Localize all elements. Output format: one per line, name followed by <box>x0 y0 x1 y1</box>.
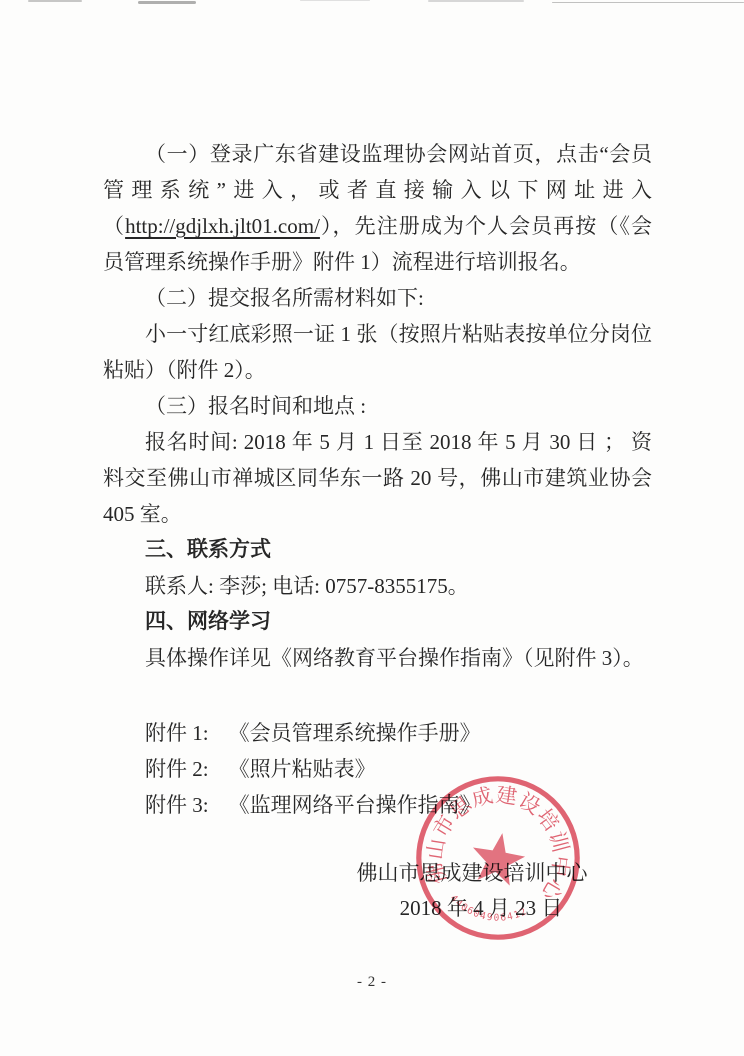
attachment-label: 附件 3: <box>145 787 209 823</box>
paragraph-photo-requirement: 小一寸红底彩照一证 1 张（按照片粘贴表按单位分岗位粘贴）（附件 2）。 <box>103 316 652 388</box>
paragraph-online-learning: 具体操作详见《网络教育平台操作指南》（见附件 3）。 <box>103 640 652 676</box>
scan-artifact <box>300 0 370 1</box>
scan-artifact <box>28 0 82 2</box>
signature-block: 佛山市思成建设培训中心 2018 年 4 月 23 日 <box>340 856 604 926</box>
scanned-document-page: （一）登录广东省建设监理协会网站首页，点击“会员管理系统”进入，或者直接输入以下… <box>0 0 744 1056</box>
attachment-item: 附件 3:《监理网络平台操作指南》 <box>103 787 652 823</box>
signature-date: 2018 年 4 月 23 日 <box>349 891 613 926</box>
attachment-item: 附件 1:《会员管理系统操作手册》 <box>103 715 652 751</box>
paragraph-contact-info: 联系人: 李莎; 电话: 0757-8355175。 <box>103 568 652 604</box>
paragraph-materials-heading: （二）提交报名所需材料如下: <box>103 280 652 316</box>
attachment-title: 《照片粘贴表》 <box>229 757 376 781</box>
scan-artifact <box>552 2 744 3</box>
scan-artifact <box>138 1 196 4</box>
section-heading-contact: 三、联系方式 <box>103 532 652 568</box>
document-body: （一）登录广东省建设监理协会网站首页，点击“会员管理系统”进入，或者直接输入以下… <box>103 136 652 926</box>
attachment-list: 附件 1:《会员管理系统操作手册》 附件 2:《照片粘贴表》 附件 3:《监理网… <box>103 715 652 823</box>
paragraph-registration-time: 报名时间: 2018 年 5 月 1 日至 2018 年 5 月 30 日 ； … <box>103 424 652 532</box>
attachment-title: 《监理网络平台操作指南》 <box>229 793 481 817</box>
registration-url: http://gdjlxh.jlt01.com/ <box>125 214 320 238</box>
attachment-item: 附件 2:《照片粘贴表》 <box>103 751 652 787</box>
paragraph-time-place-heading: （三）报名时间和地点 : <box>103 388 652 424</box>
page-number: - 2 - <box>0 974 744 991</box>
scan-artifact <box>428 0 524 2</box>
section-heading-online-learning: 四、网络学习 <box>103 604 652 640</box>
attachment-title: 《会员管理系统操作手册》 <box>229 721 481 745</box>
signature-organization: 佛山市思成建设培训中心 <box>340 856 604 891</box>
attachment-label: 附件 1: <box>145 715 209 751</box>
attachment-label: 附件 2: <box>145 751 209 787</box>
paragraph-login-instructions: （一）登录广东省建设监理协会网站首页，点击“会员管理系统”进入，或者直接输入以下… <box>103 136 652 280</box>
